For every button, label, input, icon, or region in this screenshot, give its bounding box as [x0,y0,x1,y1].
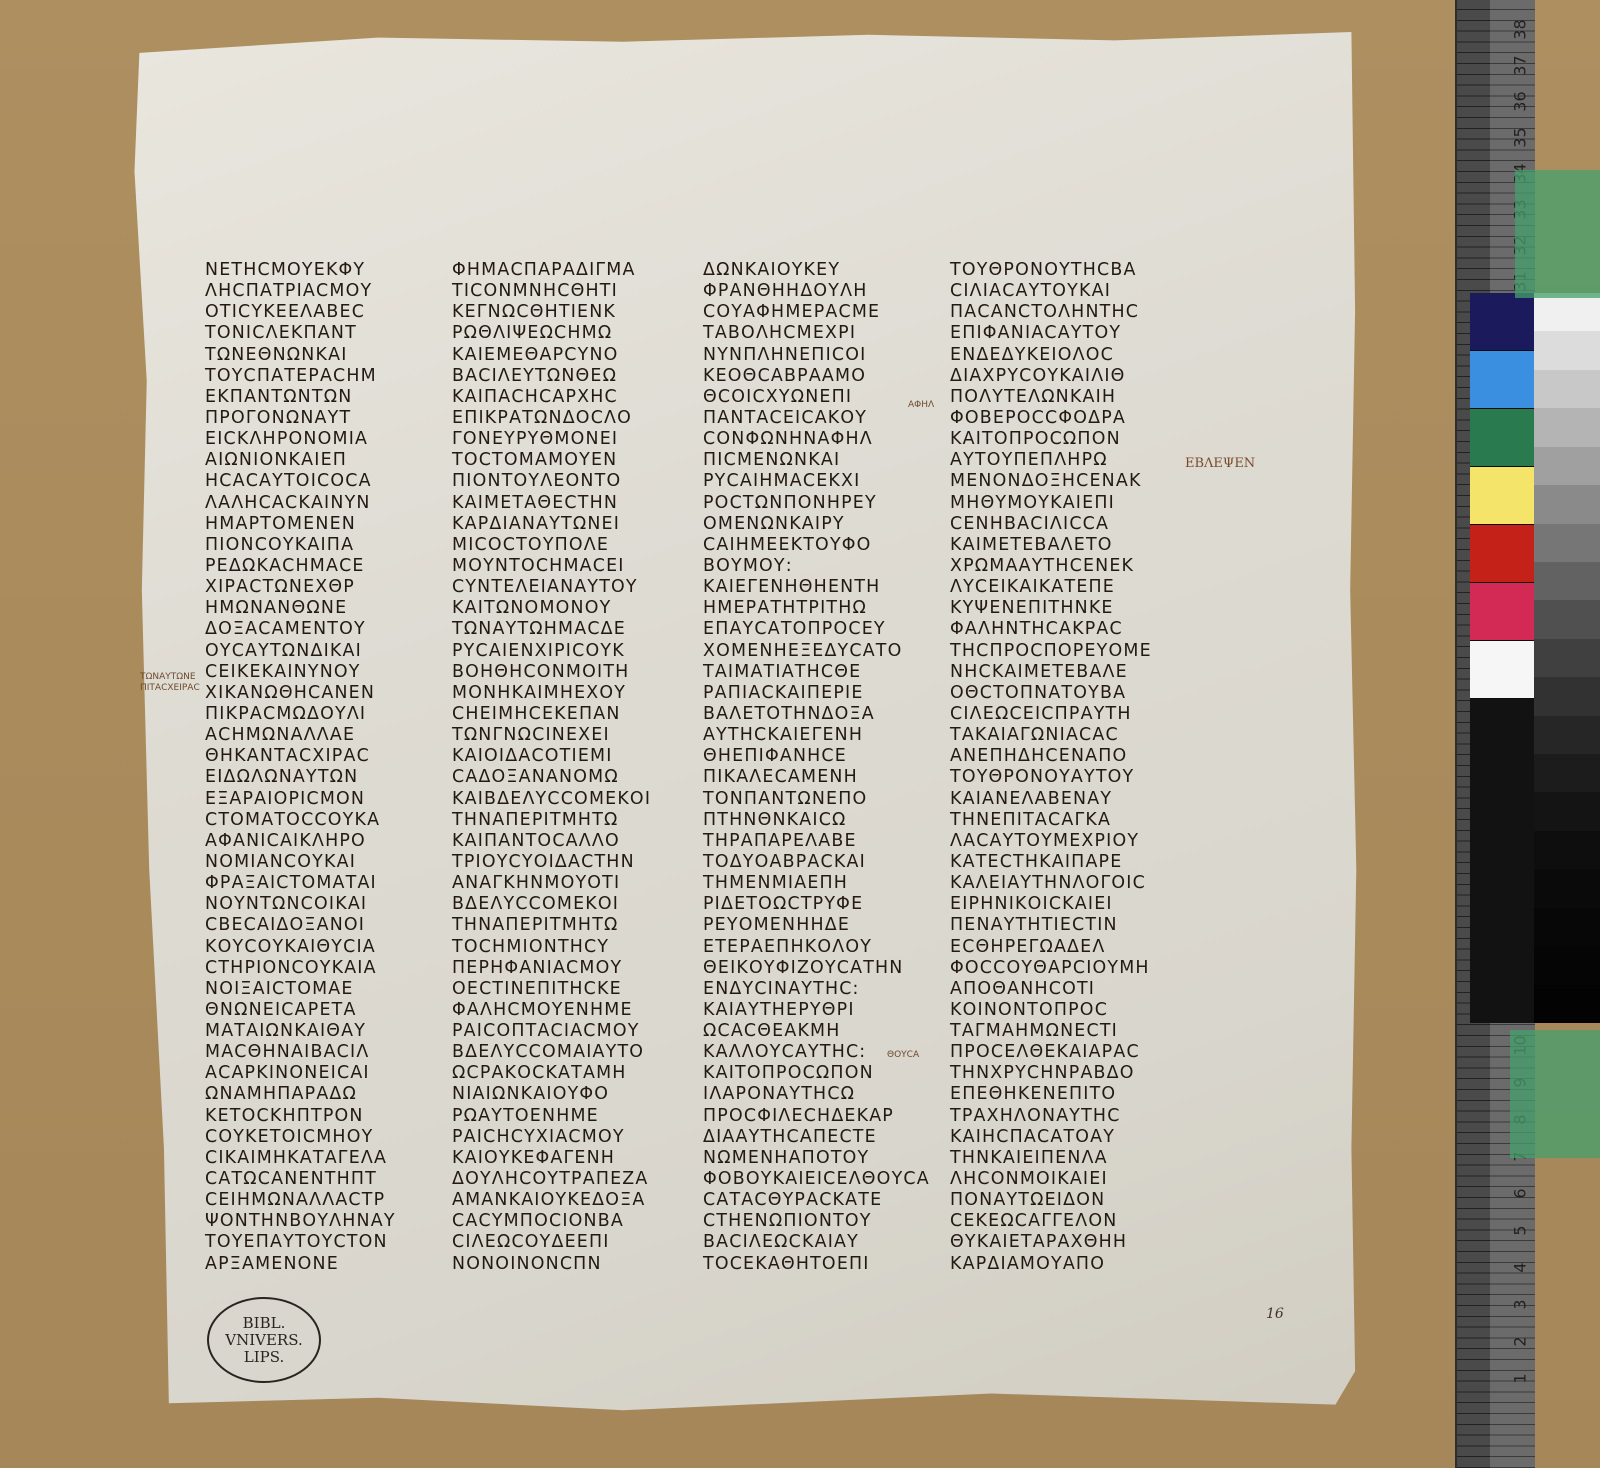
text-line: ΠΡΟCΕΛΘΕΚΑΙΑΡΑC [950,1042,1152,1063]
folio-number: 16 [1266,1306,1284,1322]
text-line: ΑΡΞΑΜΕΝΟΝΕ [205,1254,396,1275]
text-line: ΠΙCΜΕΝΩΝΚΑΙ [703,450,930,471]
text-line: ΤΟCΗΜΙΟΝΤΗCΥ [452,937,651,958]
text-line: ΨΟΝΤΗΝΒΟΥΛΗΝΑΥ [205,1211,396,1232]
text-line: ΜΕΝΟΝΔΟΞΗCΕΝΑΚ [950,471,1152,492]
gray-step [1534,600,1600,638]
stamp-line-2: VNIVERS. [225,1332,302,1349]
text-line: ΚΟΙΝΟΝΤΟΠΡΟC [950,1000,1152,1021]
text-line: ΝΗCΚΑΙΜΕΤΕΒΑΛΕ [950,662,1152,683]
text-line: CΤΗΡΙΟΝCΟΥΚΑΙΑ [205,958,396,979]
text-line: ΤΗΝΚΑΙΕΙΠΕΝΛΑ [950,1148,1152,1169]
text-line: ΦΑΛΗCΜΟΥΕΝΗΜΕ [452,1000,651,1021]
color-calibration-chart [1470,293,1600,1023]
ruler-number: 4 [1511,1253,1530,1283]
text-line: ΛΑCΑΥΤΟΥΜΕΧΡΙΟΥ [950,831,1152,852]
text-line: ΡΩΘΛΙΨΕΩCΗΜΩ [452,323,651,344]
text-line: ΚΑΙΤΩΝΟΜΟΝΟΥ [452,598,651,619]
text-line: ΘΕΙΚΟΥΦΙΖΟΥCΑΤΗΝ [703,958,930,979]
text-line: ΤΟΝΠΑΝΤΩΝΕΠΟ [703,789,930,810]
text-line: ΤΟΥΘΡΟΝΟΥΑΥΤΟΥ [950,767,1152,788]
left-note-line-1: ΤΩΝΑΥΤΩΝΕ [140,672,200,683]
text-line: CΑΔΟΞΑΝΑΝΟΜΩ [452,767,651,788]
text-line: CΟΝΦΩΝΗΝΑΦΗΛ [703,429,930,450]
text-line: CΥΝΤΕΛΕΙΑΝΑΥΤΟΥ [452,577,651,598]
text-column-2: ΦΗΜΑCΠΑΡΑΔΙΓΜΑΤΙCΟΝΜΝΗCΘΗΤΙΚΕΓΝΩCΘΗΤΙΕΝΚ… [452,260,651,1275]
text-line: ΕΠΕΘΗΚΕΝΕΠΙΤΟ [950,1084,1152,1105]
color-swatch [1470,699,1534,1023]
text-line: ΠΤΗΝΘΝΚΑΙCΩ [703,810,930,831]
ruler-number: 1 [1511,1364,1530,1394]
gray-step [1534,677,1600,715]
color-swatch [1470,467,1534,524]
text-line: ΔΟΞΑCΑΜΕΝΤΟΥ [205,619,396,640]
green-tape-top [1515,170,1600,298]
text-line: ΑΠΟΘΑΝΗCΟΤΙ [950,979,1152,1000]
text-line: ΕΠΙΚΡΑΤΩΝΔΟCΛΟ [452,408,651,429]
text-line: ΤΟΥΕΠΑΥΤΟΥCΤΟΝ [205,1232,396,1253]
text-line: ΑΦΑΝΙCΑΙΚΛΗΡΟ [205,831,396,852]
text-line: ΒΔΕΛΥCCΟΜΑΙΑΥΤΟ [452,1042,651,1063]
text-line: ΝΕΤΗCΜΟΥΕΚΦΥ [205,260,396,281]
text-line: ΚΑΙΑΝΕΛΑΒΕΝΑΥ [950,789,1152,810]
gray-step [1534,908,1600,946]
text-line: ΝΟΙΞΑΙCΤΟΜΑΕ [205,979,396,1000]
text-line: ΚΑΙΜΕΤΕΒΑΛΕΤΟ [950,535,1152,556]
text-line: ΙΛΑΡΟΝΑΥΤΗCΩ [703,1084,930,1105]
text-line: ΦΑΛΗΝΤΗCΑΚΡΑC [950,619,1152,640]
color-swatch [1470,351,1534,408]
text-line: ΗΜΕΡΑΤΗΤΡΙΤΗΩ [703,598,930,619]
text-line: ΚΑΙΕΓΕΝΗΘΗΕΝΤΗ [703,577,930,598]
gray-step [1534,946,1600,984]
col3-marginal-note-1: ΑΦΗΛ [908,400,934,411]
text-line: ΗΜΑΡΤΟΜΕΝΕΝ [205,514,396,535]
text-line: ΘCΟΙCΧΥΩΝΕΠΙ [703,387,930,408]
text-line: ΗCΑCΑΥΤΟΙCΟCΑ [205,471,396,492]
text-line: ΕΙΡΗΝΙΚΟΙCΚΑΙΕΙ [950,894,1152,915]
text-line: ΤΟCΤΟΜΑΜΟΥΕΝ [452,450,651,471]
text-line: ΠΕΡΗΦΑΝΙΑCΜΟΥ [452,958,651,979]
text-line: ΝΟΜΙΑΝCΟΥΚΑΙ [205,852,396,873]
text-line: ΗΜΩΝΑΝΘΩΝΕ [205,598,396,619]
text-line: ΜΟΝΗΚΑΙΜΗΕΧΟΥ [452,683,651,704]
left-note-line-2: ΠΙΤΑCΧΕΙΡΑC [140,683,200,694]
text-line: ΦΟΒΕΡΟCCΦΟΔΡΑ [950,408,1152,429]
text-line: ΒΑΛΕΤΟΤΗΝΔΟΞΑ [703,704,930,725]
text-line: CΕΙΗΜΩΝΑΛΛΑCΤΡ [205,1190,396,1211]
text-line: ΟΘCΤΟΠΝΑΤΟΥΒΑ [950,683,1152,704]
text-line: ΛΥCΕΙΚΑΙΚΑΤΕΠΕ [950,577,1152,598]
text-line: ΕΠΑΥCΑΤΟΠΡΟCΕΥ [703,619,930,640]
text-line: ΡΩΑΥΤΟΕΝΗΜΕ [452,1106,651,1127]
text-line: ΚΑΤΕCΤΗΚΑΙΠΑΡΕ [950,852,1152,873]
text-line: ΝΥΝΠΛΗΝΕΠΙCΟΙ [703,345,930,366]
text-line: ΚΑΙΤΟΠΡΟCΩΠΟΝ [950,429,1152,450]
text-line: ΤΗΝΕΠΙΤΑCΑΓΚΑ [950,810,1152,831]
text-line: ΤΗΝΑΠΕΡΙΤΜΗΤΩ [452,915,651,936]
green-tape-bottom [1510,1030,1600,1158]
text-line: CΟΥΚΕΤΟΙCΜΗΟΥ [205,1127,396,1148]
text-line: ΧΙΡΑCΤΩΝΕΧΘΡ [205,577,396,598]
text-line: ΠΑΝΤΑCΕΙCΑΚΟΥ [703,408,930,429]
text-line: ΝΩΜΕΝΗΑΠΟΤΟΥ [703,1148,930,1169]
text-line: ΚΑΙΕΜΕΘΑΡCΥΝΟ [452,345,651,366]
text-column-4: ΤΟΥΘΡΟΝΟΥΤΗCΒΑCΙΛΙΑCΑΥΤΟΥΚΑΙΠΑCΑΝCΤΟΛΗΝΤ… [950,260,1152,1275]
text-line: ΦΗΜΑCΠΑΡΑΔΙΓΜΑ [452,260,651,281]
text-line: ΧΟΜΕΝΗΕΞΕΔΥCΑΤΟ [703,641,930,662]
text-line: CΙΛΙΑCΑΥΤΟΥΚΑΙ [950,281,1152,302]
text-line: ΛΗCΟΝΜΟΙΚΑΙΕΙ [950,1169,1152,1190]
text-line: ΤΩΝΕΘΝΩΝΚΑΙ [205,345,396,366]
text-line: ΚΑΡΔΙΑΝΑΥΤΩΝΕΙ [452,514,651,535]
library-stamp: BIBL. VNIVERS. LIPS. [207,1297,321,1383]
text-line: ΤΟCΕΚΑΘΗΤΟΕΠΙ [703,1254,930,1275]
gray-step [1534,524,1600,562]
text-line: ΚΕΤΟCΚΗΠΤΡΟΝ [205,1106,396,1127]
text-line: ΡΕΔΩΚΑCΗΜΑCΕ [205,556,396,577]
text-line: ΟΤΙCΥΚΕΕΛΑΒΕC [205,302,396,323]
text-line: CΙΛΕΩCΟΥΔΕΕΠΙ [452,1232,651,1253]
color-swatch [1470,583,1534,640]
text-line: ΘΗΚΑΝΤΑCΧΙΡΑC [205,746,396,767]
text-line: ΤΩΝΑΥΤΩΗΜΑCΔΕ [452,619,651,640]
text-line: ΚΑΙΒΔΕΛΥCCΟΜΕΚΟΙ [452,789,651,810]
text-line: CΑΙΗΜΕΕΚΤΟΥΦΟ [703,535,930,556]
gray-step [1534,293,1600,331]
text-column-3: ΔΩΝΚΑΙΟΥΚΕΥΦΡΑΝΘΗΗΔΟΥΛΗCΟΥΑΦΗΜΕΡΑCΜΕΤΑΒΟ… [703,260,930,1275]
stamp-line-1: BIBL. [243,1315,286,1332]
left-marginal-note: ΤΩΝΑΥΤΩΝΕ ΠΙΤΑCΧΕΙΡΑC [140,672,200,694]
text-line: ΚΕΟΘCΑΒΡΑΑΜΟ [703,366,930,387]
text-line: ΕΤΕΡΑΕΠΗΚΟΛΟΥ [703,937,930,958]
text-line: ΤΙCΟΝΜΝΗCΘΗΤΙ [452,281,651,302]
text-line: ΚΕΓΝΩCΘΗΤΙΕΝΚ [452,302,651,323]
text-line: ΧΡΩΜΑΑΥΤΗCΕΝΕΚ [950,556,1152,577]
text-line: ΠΟΛΥΤΕΛΩΝΚΑΙΗ [950,387,1152,408]
text-line: ΑΙΩΝΙΟΝΚΑΙΕΠ [205,450,396,471]
text-line: ΩCΡΑΚΟCΚΑΤΑΜΗ [452,1063,651,1084]
text-line: ΚΑΙΗCΠΑCΑΤΟΑΥ [950,1127,1152,1148]
col3-marginal-note-2: ΘΟΥCΑ [887,1050,919,1061]
text-line: ΔΩΝΚΑΙΟΥΚΕΥ [703,260,930,281]
text-line: CΤΟΜΑΤΟCCΟΥΚΑ [205,810,396,831]
text-line: ΠΟΝΑΥΤΩΕΙΔΟΝ [950,1190,1152,1211]
text-line: ΚΑΡΔΙΑΜΟΥΑΠΟ [950,1254,1152,1275]
text-line: ΤΗΜΕΝΜΙΑΕΠΗ [703,873,930,894]
text-line: ΟΜΕΝΩΝΚΑΙΡΥ [703,514,930,535]
gray-step [1534,831,1600,869]
text-line: CΕΙΚΕΚΑΙΝΥΝΟΥ [205,662,396,683]
text-line: ΠΙΟΝΤΟΥΛΕΟΝΤΟ [452,471,651,492]
text-line: ΤΟΥΘΡΟΝΟΥΤΗCΒΑ [950,260,1152,281]
text-line: ΡΑΙCΟΠΤΑCΙΑCΜΟΥ [452,1021,651,1042]
text-line: ΕΙΔΩΛΩΝΑΥΤΩΝ [205,767,396,788]
text-line: ΘΗΕΠΙΦΑΝΗCΕ [703,746,930,767]
text-line: CΤΗΕΝΩΠΙΟΝΤΟΥ [703,1211,930,1232]
color-swatch [1470,293,1534,350]
text-line: ΠΡΟΓΟΝΩΝΑΥΤ [205,408,396,429]
text-line: ΚΑΙΠΑCΗCΑΡΧΗC [452,387,651,408]
text-line: ΕΚΠΑΝΤΩΝΤΩΝ [205,387,396,408]
text-line: ΜΟΥΝΤΟCΗΜΑCΕΙ [452,556,651,577]
text-line: ΠΙΚΑΛΕCΑΜΕΝΗ [703,767,930,788]
text-line: CΕΝΗΒΑCΙΛΙCCΑ [950,514,1152,535]
gray-step [1534,331,1600,369]
text-line: ΕΞΑΡΑΙΟΡΙCΜΟΝ [205,789,396,810]
text-line: ΕCΘΗΡΕΓΩΑΔΕΛ [950,937,1152,958]
gray-step [1534,754,1600,792]
stamp-line-3: LIPS. [244,1349,285,1366]
text-line: ΝΟΝΟΙΝΟΝCΠΝ [452,1254,651,1275]
text-line: ΦΟΒΟΥΚΑΙΕΙCΕΛΘΟΥCΑ [703,1169,930,1190]
text-line: ΡΥCΑΙΗΜΑCΕΚΧΙ [703,471,930,492]
ruler-number: 5 [1511,1216,1530,1246]
text-line: ΚΥΨΕΝΕΠΙΤΗΝΚΕ [950,598,1152,619]
text-line: ΤΑΙΜΑΤΙΑΤΗCΘΕ [703,662,930,683]
text-line: ΝΟΥΝΤΩΝCΟΙΚΑΙ [205,894,396,915]
text-line: ΒΑCΙΛΕΥΤΩΝΘΕΩ [452,366,651,387]
text-line: ΚΑΙΟΥΚΕΦΑΓΕΝΗ [452,1148,651,1169]
text-line: CΑCΥΜΠΟCΙΟΝΒΑ [452,1211,651,1232]
gray-step [1534,985,1600,1023]
text-line: ΠΙΟΝCΟΥΚΑΙΠΑ [205,535,396,556]
text-line: CΗΕΙΜΗCΕΚΕΠΑΝ [452,704,651,725]
ruler-number: 6 [1511,1179,1530,1209]
ruler-number: 35 [1511,123,1530,153]
text-line: ΕΠΙΦΑΝΙΑCΑΥΤΟΥ [950,323,1152,344]
text-line: ΝΙΑΙΩΝΚΑΙΟΥΦΟ [452,1084,651,1105]
text-line: ΘΥΚΑΙΕΤΑΡΑΧΘΗΗ [950,1232,1152,1253]
text-line: ΕΝΔΕΔΥΚΕΙΟΛΟC [950,345,1152,366]
gray-step [1534,447,1600,485]
text-line: ΜΑΤΑΙΩΝΚΑΙΘΑΥ [205,1021,396,1042]
text-line: CΑΤΑCΘΥΡΑCΚΑΤΕ [703,1190,930,1211]
text-line: ΟΥCΑΥΤΩΝΔΙΚΑΙ [205,641,396,662]
text-line: ΡΟCΤΩΝΠΟΝΗΡΕΥ [703,493,930,514]
text-line: ΤΡΑΧΗΛΟΝΑΥΤΗC [950,1106,1152,1127]
text-line: ΒΑCΙΛΕΩCΚΑΙΑΥ [703,1232,930,1253]
text-line: ΚΑΙΤΟΠΡΟCΩΠΟΝ [703,1063,930,1084]
text-line: CΒΕCΑΙΔΟΞΑΝΟΙ [205,915,396,936]
text-line: CΕΚΕΩCΑΓΓΕΛΟΝ [950,1211,1152,1232]
text-line: ΚΑΛΕΙΑΥΤΗΝΛΟΓΟΙC [950,873,1152,894]
gray-step [1534,562,1600,600]
text-line: ΡΥCΑΙΕΝΧΙΡΙCΟΥΚ [452,641,651,662]
text-line: ΓΟΝΕΥΡΥΘΜΟΝΕΙ [452,429,651,450]
text-line: ΑΝΕΠΗΔΗCΕΝΑΠΟ [950,746,1152,767]
gray-step [1534,716,1600,754]
text-line: ΛΑΛΗCΑCΚΑΙΝΥΝ [205,493,396,514]
text-line: ΦΡΑΝΘΗΗΔΟΥΛΗ [703,281,930,302]
text-line: ΤΗΝΑΠΕΡΙΤΜΗΤΩ [452,810,651,831]
text-line: ΔΙΑΑΥΤΗCΑΠΕCΤΕ [703,1127,930,1148]
text-line: ΒΔΕΛΥCCΟΜΕΚΟΙ [452,894,651,915]
ruler-number: 37 [1511,51,1530,81]
text-line: ΡΑΙCΗCΥΧΙΑCΜΟΥ [452,1127,651,1148]
text-line: ΘΝΩΝΕΙCΑΡΕΤΑ [205,1000,396,1021]
text-line: CΙΚΑΙΜΗΚΑΤΑΓΕΛΑ [205,1148,396,1169]
text-line: ΠΕΝΑΥΤΗΤΙΕCΤΙΝ [950,915,1152,936]
text-line: ΟΕCΤΙΝΕΠΙΤΗCΚΕ [452,979,651,1000]
text-line: ΕΝΔΥCΙΝΑΥΤΗC: [703,979,930,1000]
text-line: ΑCΗΜΩΝΑΛΛΑΕ [205,725,396,746]
ruler-number: 38 [1511,15,1530,45]
text-line: ΡΑΠΙΑCΚΑΙΠΕΡΙΕ [703,683,930,704]
text-line: ΡΕΥΟΜΕΝΗΗΔΕ [703,915,930,936]
text-line: ΜΙCΟCΤΟΥΠΟΛΕ [452,535,651,556]
gray-step [1534,370,1600,408]
text-line: ΚΑΙΑΥΤΗΕΡΥΘΡΙ [703,1000,930,1021]
text-line: ΑCΑΡΚΙΝΟΝΕΙCΑΙ [205,1063,396,1084]
right-marginal-note: ΕΒΛΕΨΕΝ [1185,456,1255,471]
text-line: ΤΗΡΑΠΑΡΕΛΑΒΕ [703,831,930,852]
text-line: ΤΗCΠΡΟCΠΟΡΕΥΟΜΕ [950,641,1152,662]
color-swatch [1470,641,1534,698]
text-line: ΠΡΟCΦΙΛΕCΗΔΕΚΑΡ [703,1106,930,1127]
text-line: CΑΤΩCΑΝΕΝΤΗΠΤ [205,1169,396,1190]
color-swatch [1470,409,1534,466]
text-line: ΠΙΚΡΑCΜΩΔΟΥΛΙ [205,704,396,725]
text-line: ΑΥΤΟΥΠΕΠΛΗΡΩ [950,450,1152,471]
gray-step [1534,639,1600,677]
text-line: ΠΑCΑΝCΤΟΛΗΝΤΗC [950,302,1152,323]
ruler-number: 36 [1511,87,1530,117]
text-line: CΙΛΕΩCΕΙCΠΡΑΥΤΗ [950,704,1152,725]
text-line: ΤΟΔΥΟΑΒΡΑCΚΑΙ [703,852,930,873]
text-line: ΦΡΑΞΑΙCΤΟΜΑΤΑΙ [205,873,396,894]
text-line: ΦΟCCΟΥΘΑΡCΙΟΥΜΗ [950,958,1152,979]
text-line: ΚΟΥCΟΥΚΑΙΘΥCΙΑ [205,937,396,958]
text-line: ΛΗCΠΑΤΡΙΑCΜΟΥ [205,281,396,302]
text-line: ΔΙΑΧΡΥCΟΥΚΑΙΛΙΘ [950,366,1152,387]
text-line: ΑΜΑΝΚΑΙΟΥΚΕΔΟΞΑ [452,1190,651,1211]
text-line: ΤΟΝΙCΛΕΚΠΑΝΤ [205,323,396,344]
text-line: ΤΟΥCΠΑΤΕΡΑCΗΜ [205,366,396,387]
text-line: ΜΗΘΥΜΟΥΚΑΙΕΠΙ [950,493,1152,514]
text-column-1: ΝΕΤΗCΜΟΥΕΚΦΥΛΗCΠΑΤΡΙΑCΜΟΥΟΤΙCΥΚΕΕΛΑΒΕCΤΟ… [205,260,396,1275]
text-line: ΡΙΔΕΤΟΩCΤΡΥΦΕ [703,894,930,915]
text-line: ΤΑΒΟΛΗCΜΕΧΡΙ [703,323,930,344]
text-line: ΧΙΚΑΝΩΘΗCΑΝΕΝ [205,683,396,704]
text-line: ΤΑΚΑΙΑΓΩΝΙΑCΑC [950,725,1152,746]
text-line: ΚΑΙΠΑΝΤΟCΑΛΛΟ [452,831,651,852]
text-line: ΚΑΙΟΙΔΑCΟΤΙΕΜΙ [452,746,651,767]
text-line: ΒΟΗΘΗCΟΝΜΟΙΤΗ [452,662,651,683]
ruler-number: 2 [1511,1327,1530,1357]
text-line: ΤΗΝΧΡΥCΗΝΡΑΒΔΟ [950,1063,1152,1084]
text-line: ΩΝΑΜΗΠΑΡΑΔΩ [205,1084,396,1105]
text-line: ΜΑCΘΗΝΑΙΒΑCΙΛ [205,1042,396,1063]
gray-step [1534,485,1600,523]
text-line: ΚΑΙΜΕΤΑΘΕCΤΗΝ [452,493,651,514]
text-line: CΟΥΑΦΗΜΕΡΑCΜΕ [703,302,930,323]
text-line: ΒΟΥΜΟΥ: [703,556,930,577]
text-line: ΩCΑCΘΕΑΚΜΗ [703,1021,930,1042]
text-line: ΕΙCΚΛΗΡΟΝΟΜΙΑ [205,429,396,450]
text-line: ΤΡΙΟΥCΥΟΙΔΑCΤΗΝ [452,852,651,873]
text-line: ΔΟΥΛΗCΟΥΤΡΑΠΕΖΑ [452,1169,651,1190]
color-swatch [1470,525,1534,582]
text-line: ΤΑΓΜΑΗΜΩΝΕCΤΙ [950,1021,1152,1042]
gray-step [1534,408,1600,446]
text-line: ΤΩΝΓΝΩCΙΝΕΧΕΙ [452,725,651,746]
text-line: ΑΥΤΗCΚΑΙΕΓΕΝΗ [703,725,930,746]
gray-step [1534,792,1600,830]
gray-step [1534,869,1600,907]
ruler-number: 3 [1511,1290,1530,1320]
text-line: ΑΝΑΓΚΗΝΜΟΥΟΤΙ [452,873,651,894]
